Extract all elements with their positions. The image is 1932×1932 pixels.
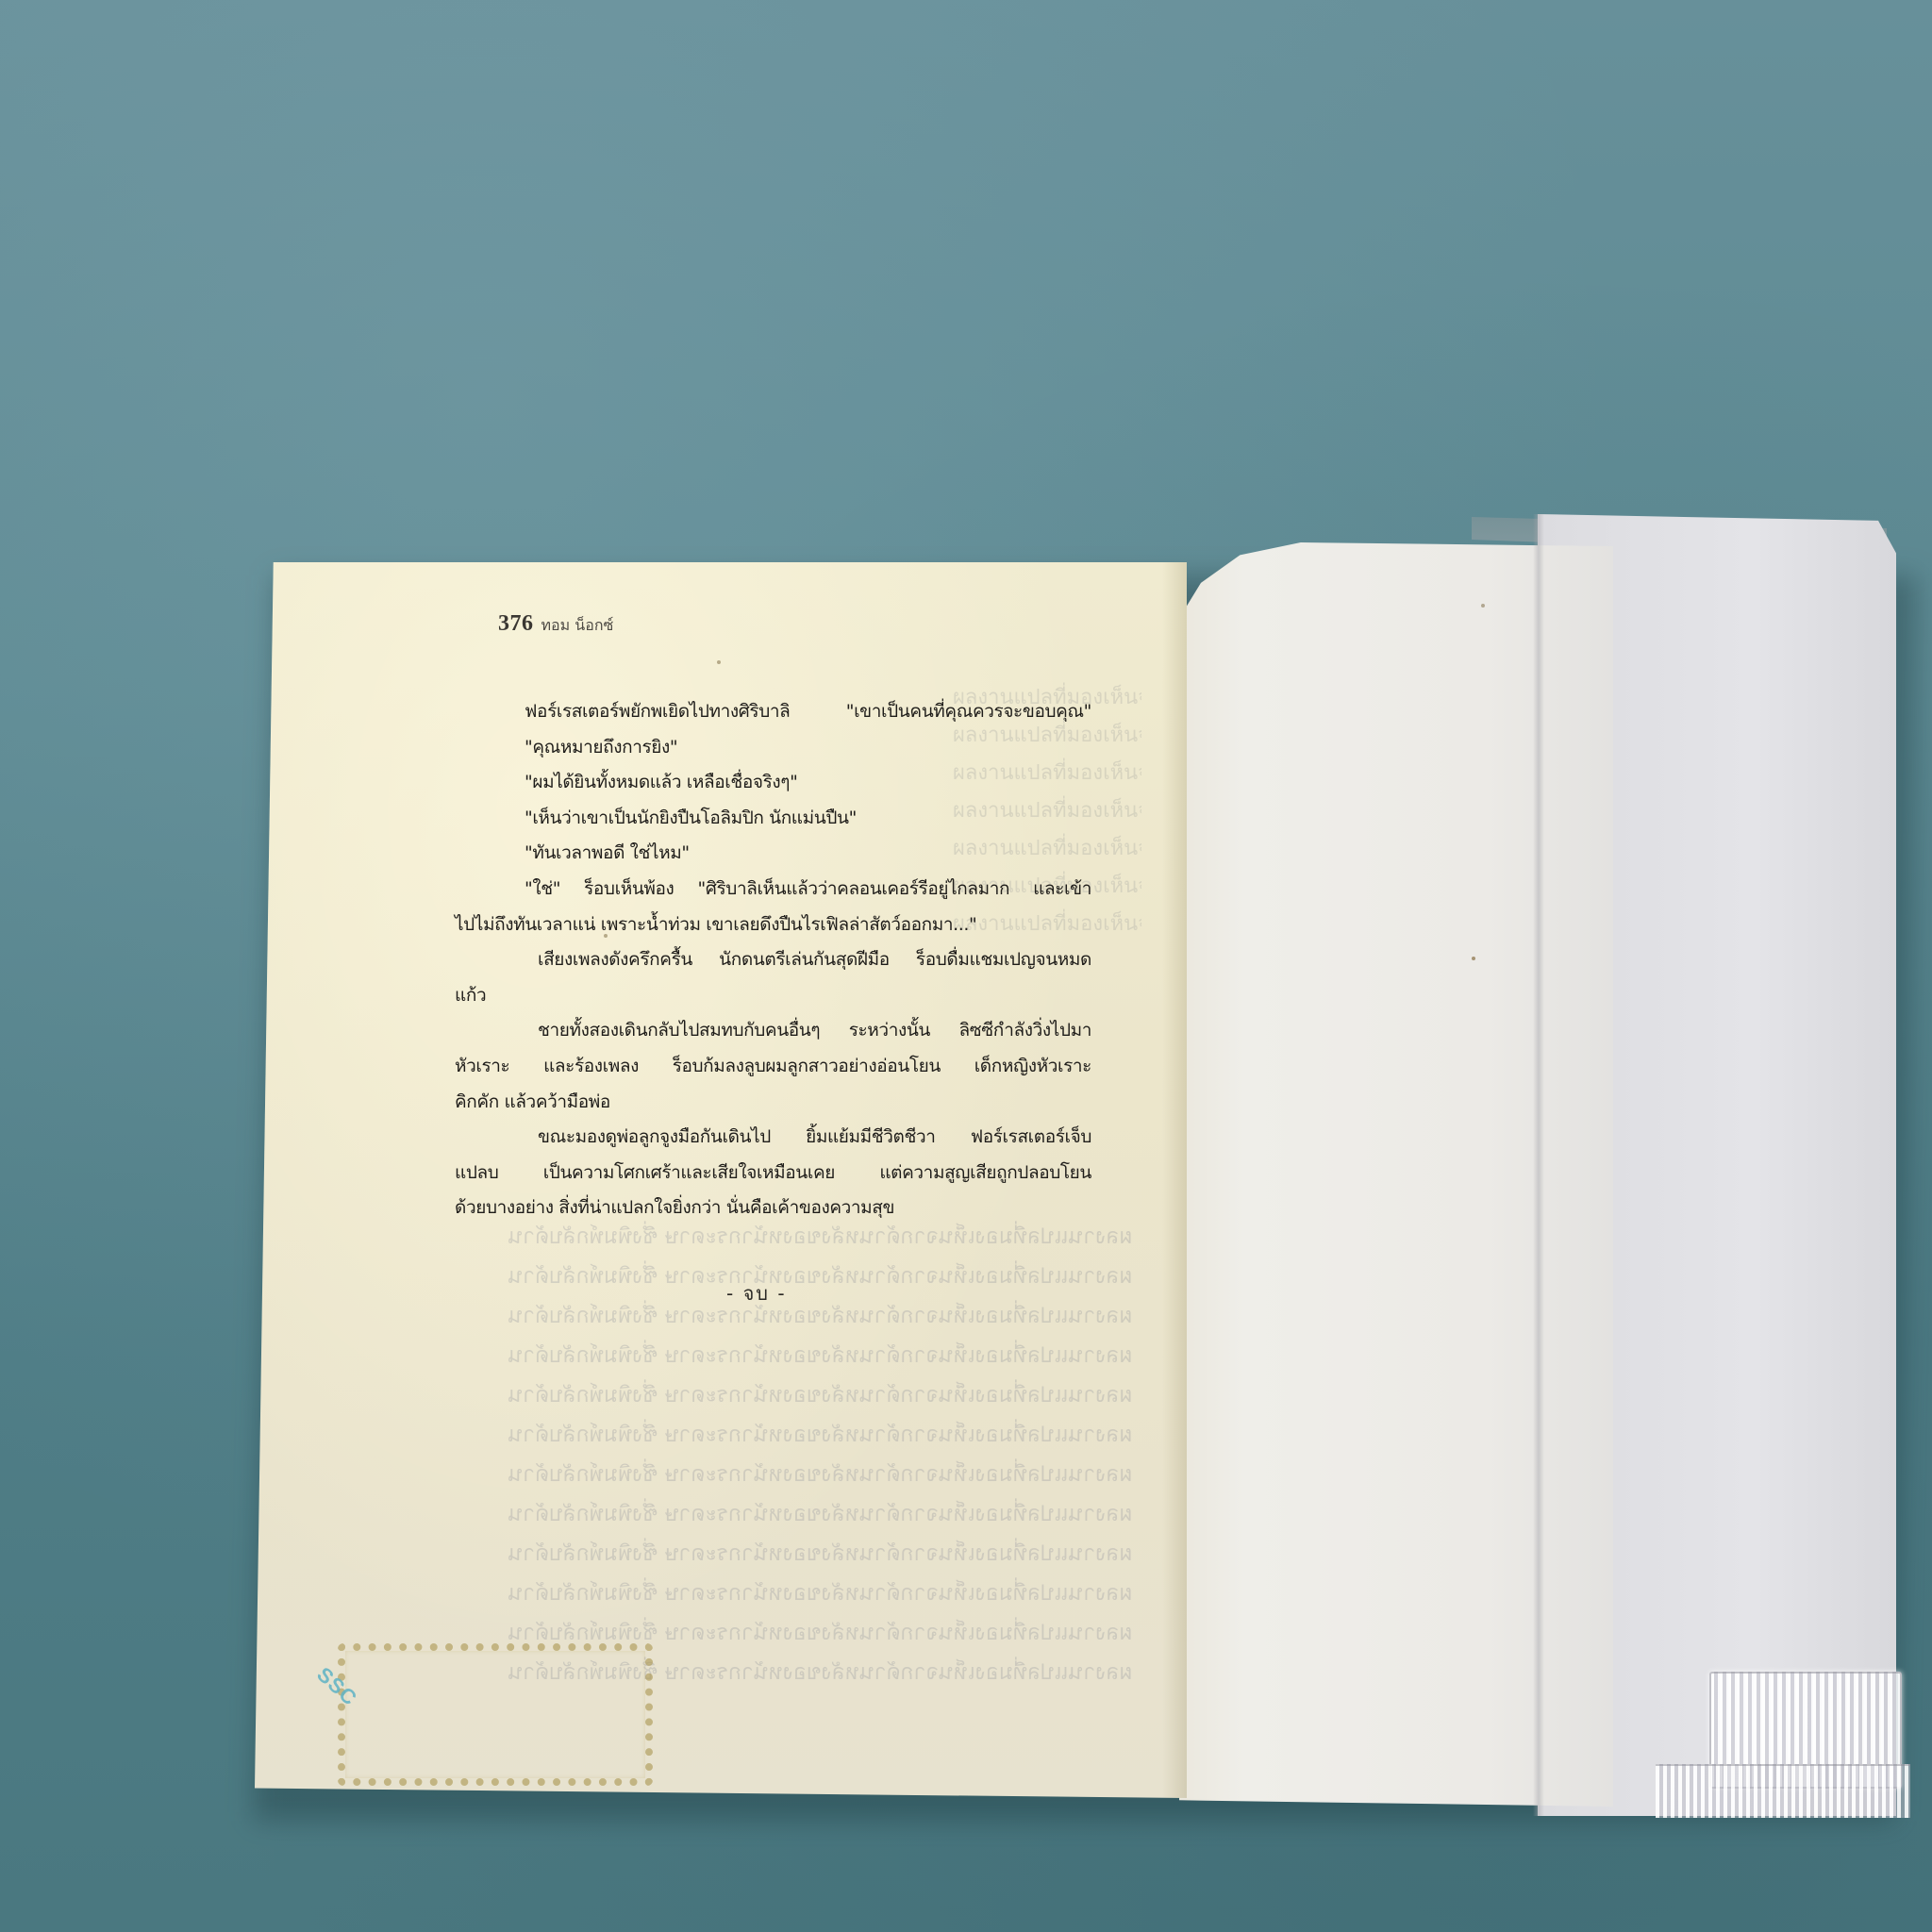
bleed-line: ผลงานแปลที่มองเห็นจากด้านหลังของหน้ากระด…: [358, 1455, 1132, 1494]
body-text: ฟอร์เรสเตอร์พยักพเยิดไปทางศิริบาลิ "เขาเ…: [455, 694, 1091, 1226]
page-header: 376 ทอม น็อกซ์: [498, 611, 613, 638]
text-line: หัวเราะ และร้องเพลง ร็อบก้มลงลูบผมลูกสาว…: [455, 1049, 1091, 1085]
text-line: ขณะมองดูพ่อลูกจูงมือกันเดินไป ยิ้มแย้มมี…: [455, 1120, 1091, 1156]
text-line: คิกคัก แล้วคว้ามือพ่อ: [455, 1085, 1091, 1121]
text-line: ฟอร์เรสเตอร์พยักพเยิดไปทางศิริบาลิ "เขาเ…: [455, 694, 1091, 730]
paper-speck: [1481, 604, 1485, 608]
paper-speck: [1472, 957, 1475, 960]
bleed-line: ผลงานแปลที่มองเห็นจากด้านหลังของหน้ากระด…: [358, 1494, 1132, 1534]
paper-speck: [604, 934, 608, 938]
plastic-cover-edge: [1656, 1764, 1910, 1818]
bleed-line: ผลงานแปลที่มองเห็นจากด้านหลังของหน้ากระด…: [358, 1534, 1132, 1574]
bleed-line: ผลงานแปลที่มองเห็นจากด้านหลังของหน้ากระด…: [358, 1415, 1132, 1455]
text-line: เสียงเพลงดังครึกครื้น นักดนตรีเล่นกันสุด…: [455, 942, 1091, 978]
text-line: "ผมได้ยินทั้งหมดแล้ว เหลือเชื่อจริงๆ": [455, 765, 1091, 801]
bleed-line: ผลงานแปลที่มองเห็นจากด้านหลังของหน้ากระด…: [358, 1336, 1132, 1375]
text-line: ชายทั้งสองเดินกลับไปสมทบกับคนอื่นๆ ระหว่…: [455, 1013, 1091, 1049]
bleed-line: ผลงานแปลที่มองเห็นจากด้านหลังของหน้ากระด…: [358, 1375, 1132, 1415]
bleed-line: ผลงานแปลที่มองเห็นจากด้านหลังของหน้ากระด…: [358, 1574, 1132, 1613]
text-line: "ทันเวลาพอดี ใช่ไหม": [455, 836, 1091, 872]
page-fold-line: [1533, 514, 1544, 1816]
page-number: 376: [498, 611, 534, 637]
text-line: "เห็นว่าเขาเป็นนักยิงปืนโอลิมปิก นักแม่น…: [455, 801, 1091, 837]
text-line: "คุณหมายถึงการยิง": [455, 730, 1091, 766]
text-line: แปลบ เป็นความโศกเศร้าและเสียใจเหมือนเคย …: [455, 1156, 1091, 1191]
end-mark: - จบ -: [726, 1278, 787, 1308]
paper-speck: [717, 660, 721, 664]
text-line: "ใช่" ร็อบเห็นพ้อง "ศิริบาลิเห็นแล้วว่าค…: [455, 872, 1091, 908]
text-line: ไปไม่ถึงทันเวลาแน่ เพราะน้ำท่วม เขาเลยดึ…: [455, 908, 1091, 943]
text-line: ด้วยบางอย่าง สิ่งที่น่าแปลกใจยิ่งกว่า นั…: [455, 1191, 1091, 1226]
text-line: แก้ว: [455, 978, 1091, 1014]
tape-residue-stain: [338, 1643, 653, 1786]
running-title-author: ทอม น็อกซ์: [541, 614, 614, 638]
right-blank-page[interactable]: [1179, 542, 1613, 1807]
